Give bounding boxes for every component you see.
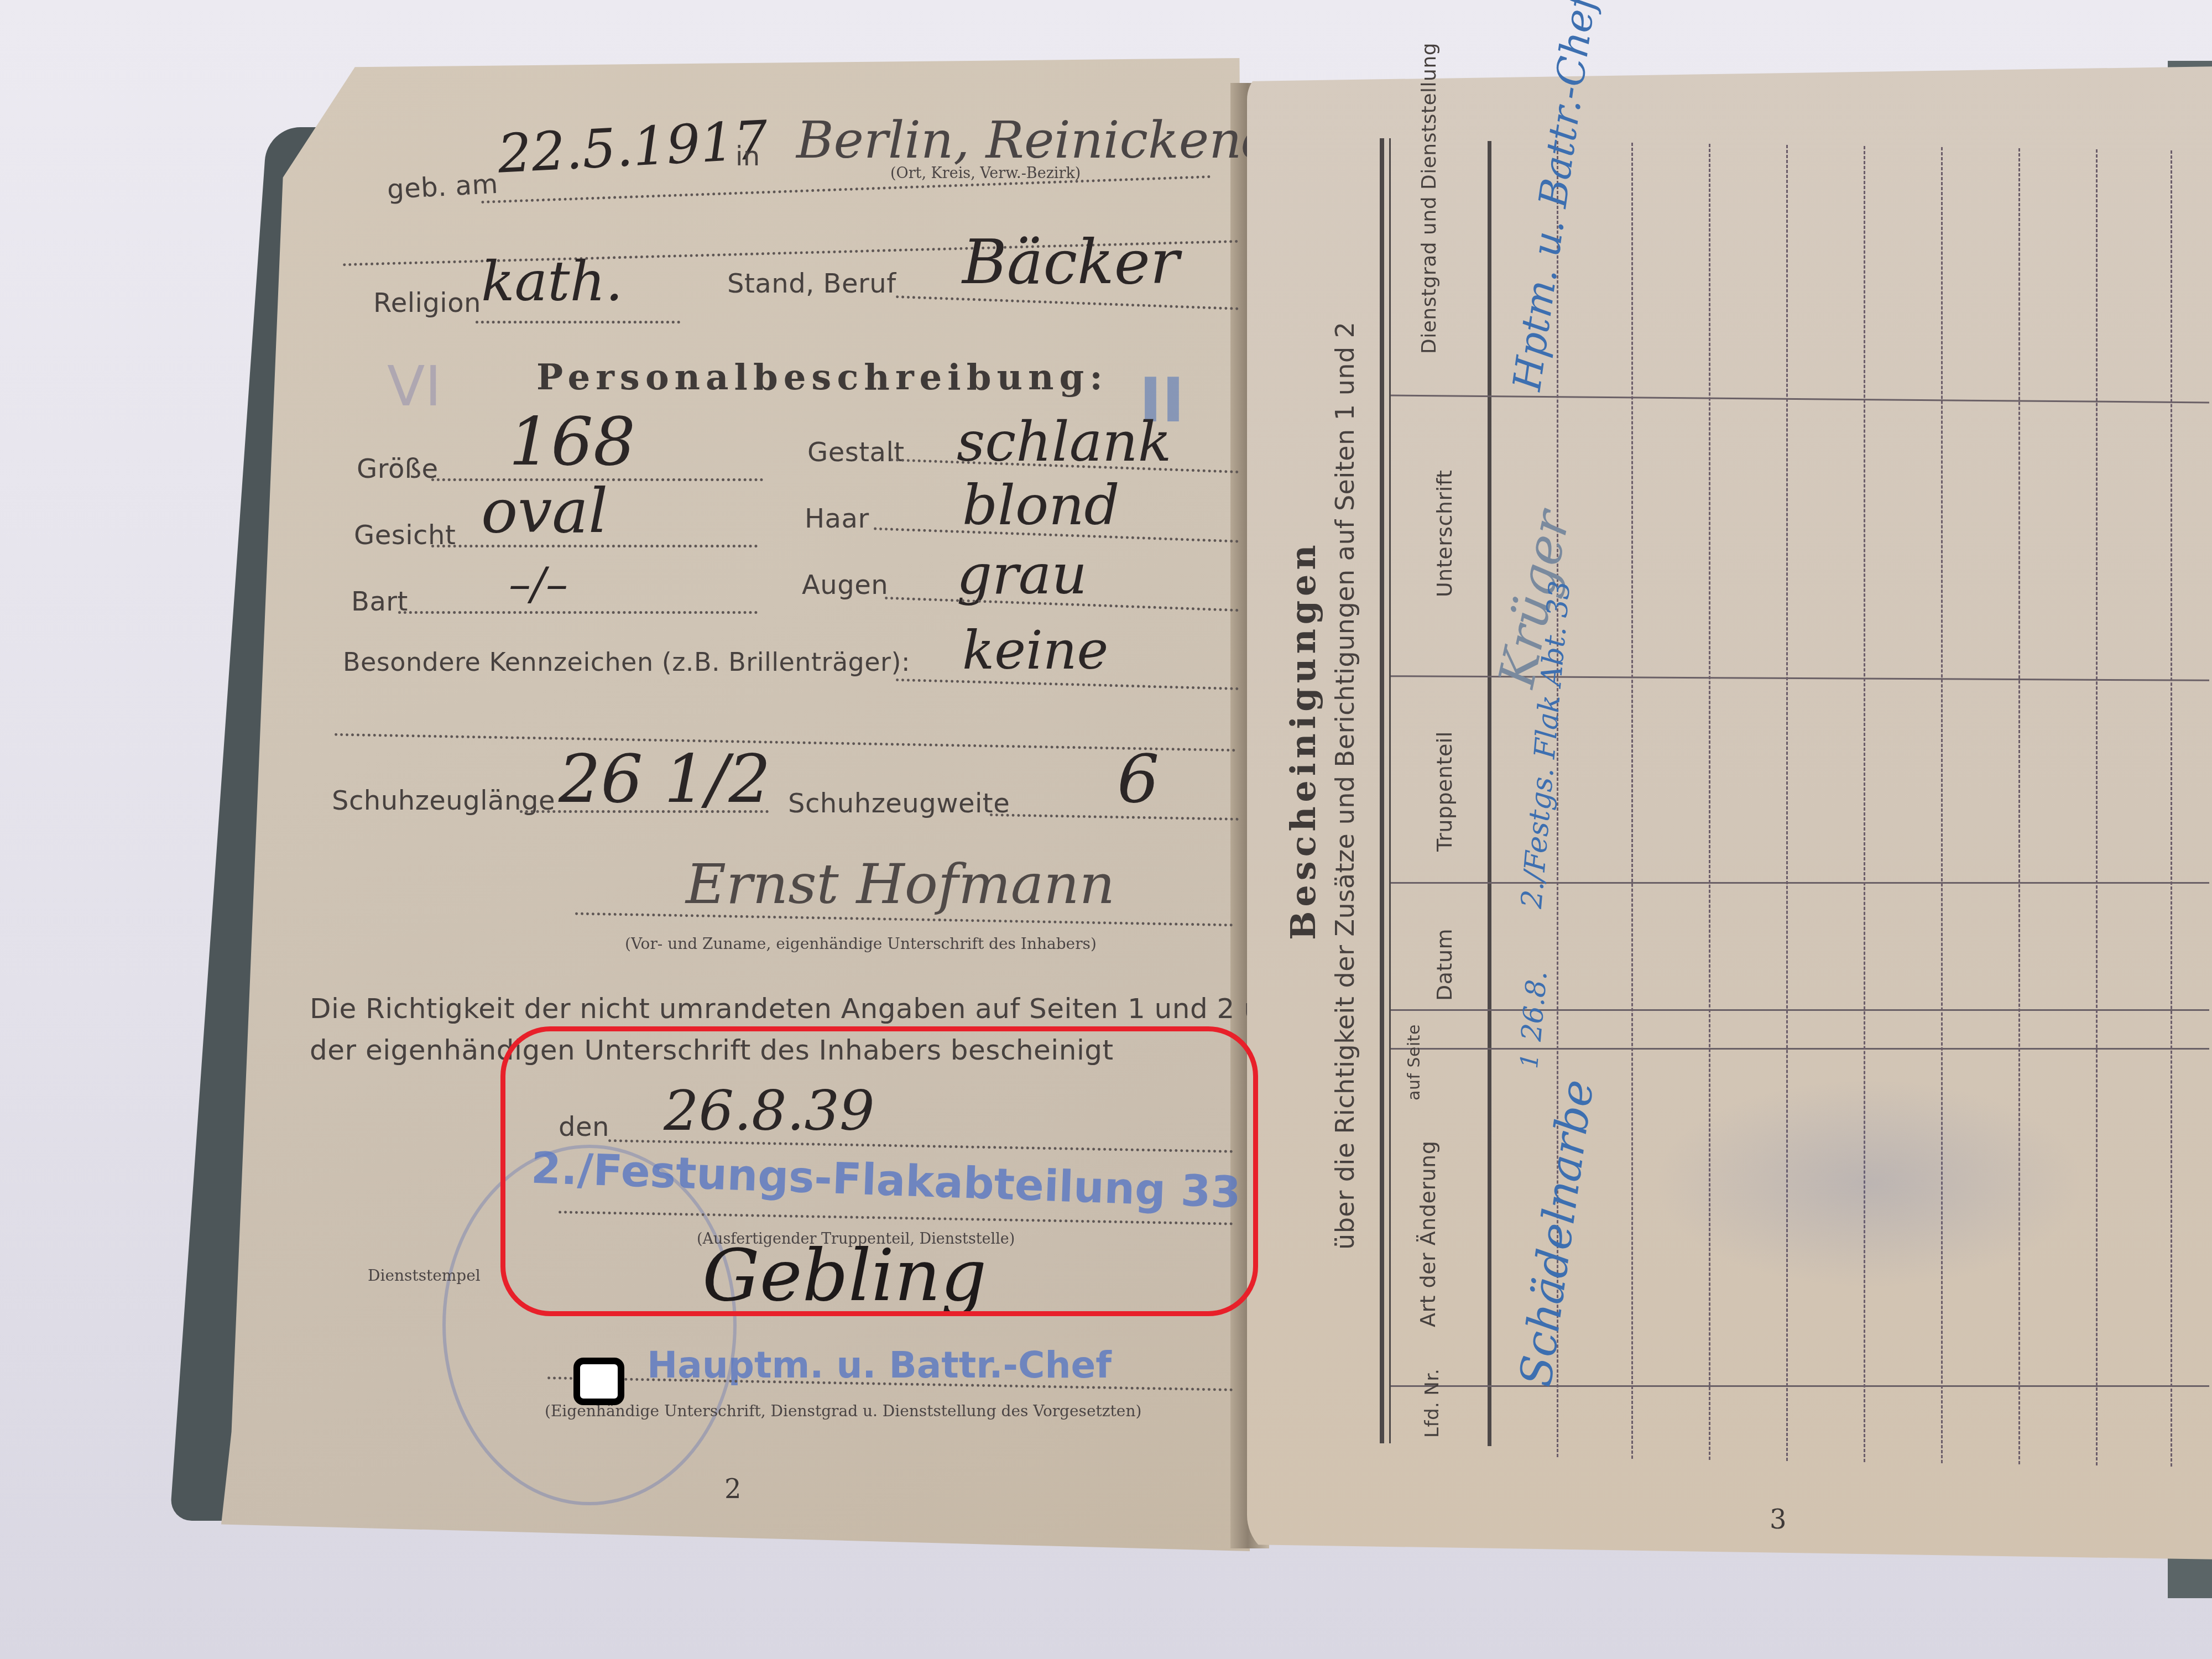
faded-stamp-shadow bbox=[1653, 1078, 2085, 1288]
right-page-title: Bescheinigungen bbox=[1283, 540, 1323, 940]
col-header-dienstgrad: Dienstgrad und Dienststellung bbox=[1416, 43, 1443, 354]
superior-signature-caption: (Eigenhändige Unterschrift, Dienstgrad u… bbox=[545, 1402, 1141, 1420]
col-header-datum: Datum bbox=[1432, 928, 1457, 1001]
col-header-nr: Lfd. Nr. bbox=[1421, 1369, 1443, 1438]
shoe-width-label: Schuhzeugweite bbox=[788, 788, 1010, 819]
occupation-label: Stand, Beruf bbox=[727, 268, 896, 299]
margin-stamp-vi: VI bbox=[387, 354, 441, 419]
table-header-border bbox=[1488, 141, 1491, 1446]
marks-label: Besondere Kennzeichen (z.B. Brillenträge… bbox=[343, 647, 910, 677]
religion-label: Religion bbox=[373, 288, 481, 319]
col-sep-seite bbox=[1391, 1048, 2209, 1050]
height-value: 168 bbox=[509, 404, 635, 481]
holder-signature: Ernst Hofmann bbox=[686, 852, 1115, 916]
certification-text-line1: Die Richtigkeit der nicht umrandeten Ang… bbox=[310, 993, 1297, 1025]
birth-date-label: geb. am bbox=[387, 169, 499, 205]
beard-dotted-line bbox=[398, 611, 758, 614]
height-label: Größe bbox=[357, 453, 439, 484]
shoe-width-value: 6 bbox=[1117, 741, 1159, 818]
birth-place-caption: (Ort, Kreis, Verw.-Bezirk) bbox=[890, 165, 1081, 182]
face-value: oval bbox=[481, 476, 608, 546]
right-page-subtitle: über die Richtigkeit der Zusätze und Ber… bbox=[1330, 321, 1360, 1250]
eyes-label: Augen bbox=[802, 570, 888, 601]
col-sep-datum bbox=[1391, 1009, 2209, 1011]
right-page bbox=[1247, 66, 2212, 1559]
row1-seite: 1 bbox=[1515, 1052, 1545, 1070]
hair-value: blond bbox=[962, 473, 1120, 538]
religion-value: kath. bbox=[481, 249, 623, 314]
col-sep-nr bbox=[1391, 1385, 2209, 1387]
beard-value: –/– bbox=[509, 559, 568, 610]
highlight-box bbox=[500, 1026, 1258, 1316]
personal-description-heading: Personalbeschreibung: bbox=[536, 357, 1108, 398]
row1-datum: 26.8. bbox=[1515, 969, 1553, 1042]
marks-value: keine bbox=[962, 619, 1108, 681]
col-sep-truppenteil bbox=[1391, 882, 2209, 884]
service-stamp-label: Dienststempel bbox=[368, 1266, 481, 1285]
right-page-number: 3 bbox=[1770, 1504, 1787, 1535]
cursor-marker[interactable] bbox=[573, 1358, 624, 1405]
shoe-length-value: 26 1/2 bbox=[559, 741, 771, 818]
hair-label: Haar bbox=[805, 503, 869, 534]
face-dotted-line bbox=[431, 545, 758, 547]
shoe-length-dotted-line bbox=[520, 810, 769, 813]
row-line bbox=[2096, 149, 2098, 1465]
col-header-art: Art der Änderung bbox=[1416, 1141, 1440, 1327]
row-line bbox=[1631, 143, 1633, 1459]
religion-dotted-line bbox=[476, 321, 680, 324]
left-page-number: 2 bbox=[724, 1474, 742, 1505]
col-header-unterschrift: Unterschrift bbox=[1432, 470, 1457, 597]
table-left-border-thin bbox=[1389, 138, 1391, 1443]
eyes-value: grau bbox=[957, 542, 1087, 607]
col-header-seite: auf Seite bbox=[1405, 1024, 1424, 1100]
col-header-truppenteil: Truppenteil bbox=[1432, 731, 1457, 852]
holder-signature-caption: (Vor- und Zuname, eigenhändige Unterschr… bbox=[625, 935, 1097, 953]
birth-place-in-label: in bbox=[735, 141, 760, 172]
row-line bbox=[2171, 150, 2172, 1467]
build-label: Gestalt bbox=[807, 437, 905, 468]
table-left-border bbox=[1380, 138, 1384, 1443]
occupation-value: Bäcker bbox=[962, 227, 1179, 298]
